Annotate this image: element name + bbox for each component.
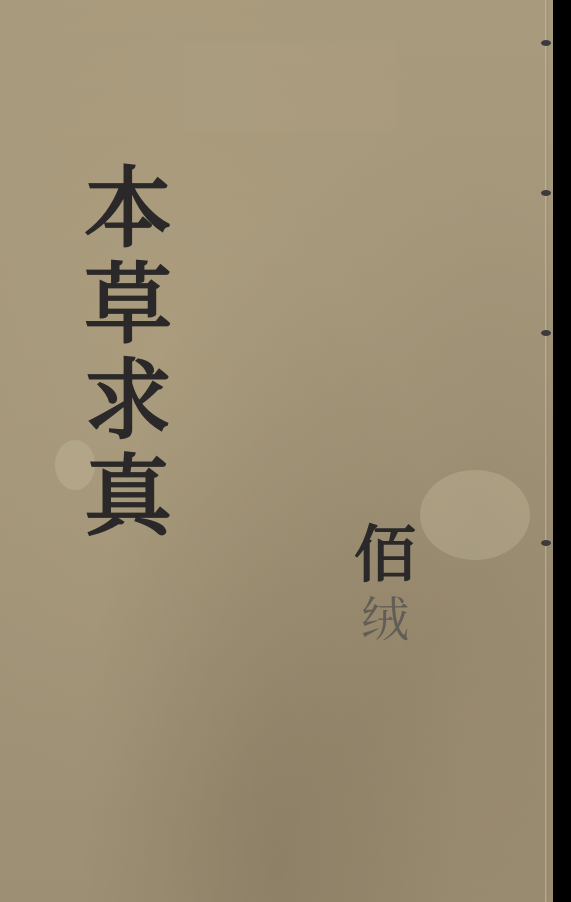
book-cover: 本 草 求 真 佰 绒 bbox=[0, 0, 553, 902]
inscription-char: 佰 bbox=[354, 520, 416, 590]
binding-stitch bbox=[541, 540, 551, 546]
title-char: 求 bbox=[84, 352, 172, 448]
binding-stitch bbox=[541, 40, 551, 46]
title-char: 草 bbox=[84, 256, 172, 352]
side-inscription: 佰 绒 bbox=[340, 520, 430, 650]
binding-stitch bbox=[541, 330, 551, 336]
faded-label-area bbox=[183, 42, 395, 132]
paper-stain bbox=[420, 470, 530, 560]
binding-stitch bbox=[541, 190, 551, 196]
binding-edge bbox=[545, 0, 548, 902]
title-char: 真 bbox=[84, 448, 172, 544]
book-title: 本 草 求 真 bbox=[68, 160, 188, 544]
inscription-char: 绒 bbox=[361, 590, 409, 650]
title-char: 本 bbox=[84, 160, 172, 256]
